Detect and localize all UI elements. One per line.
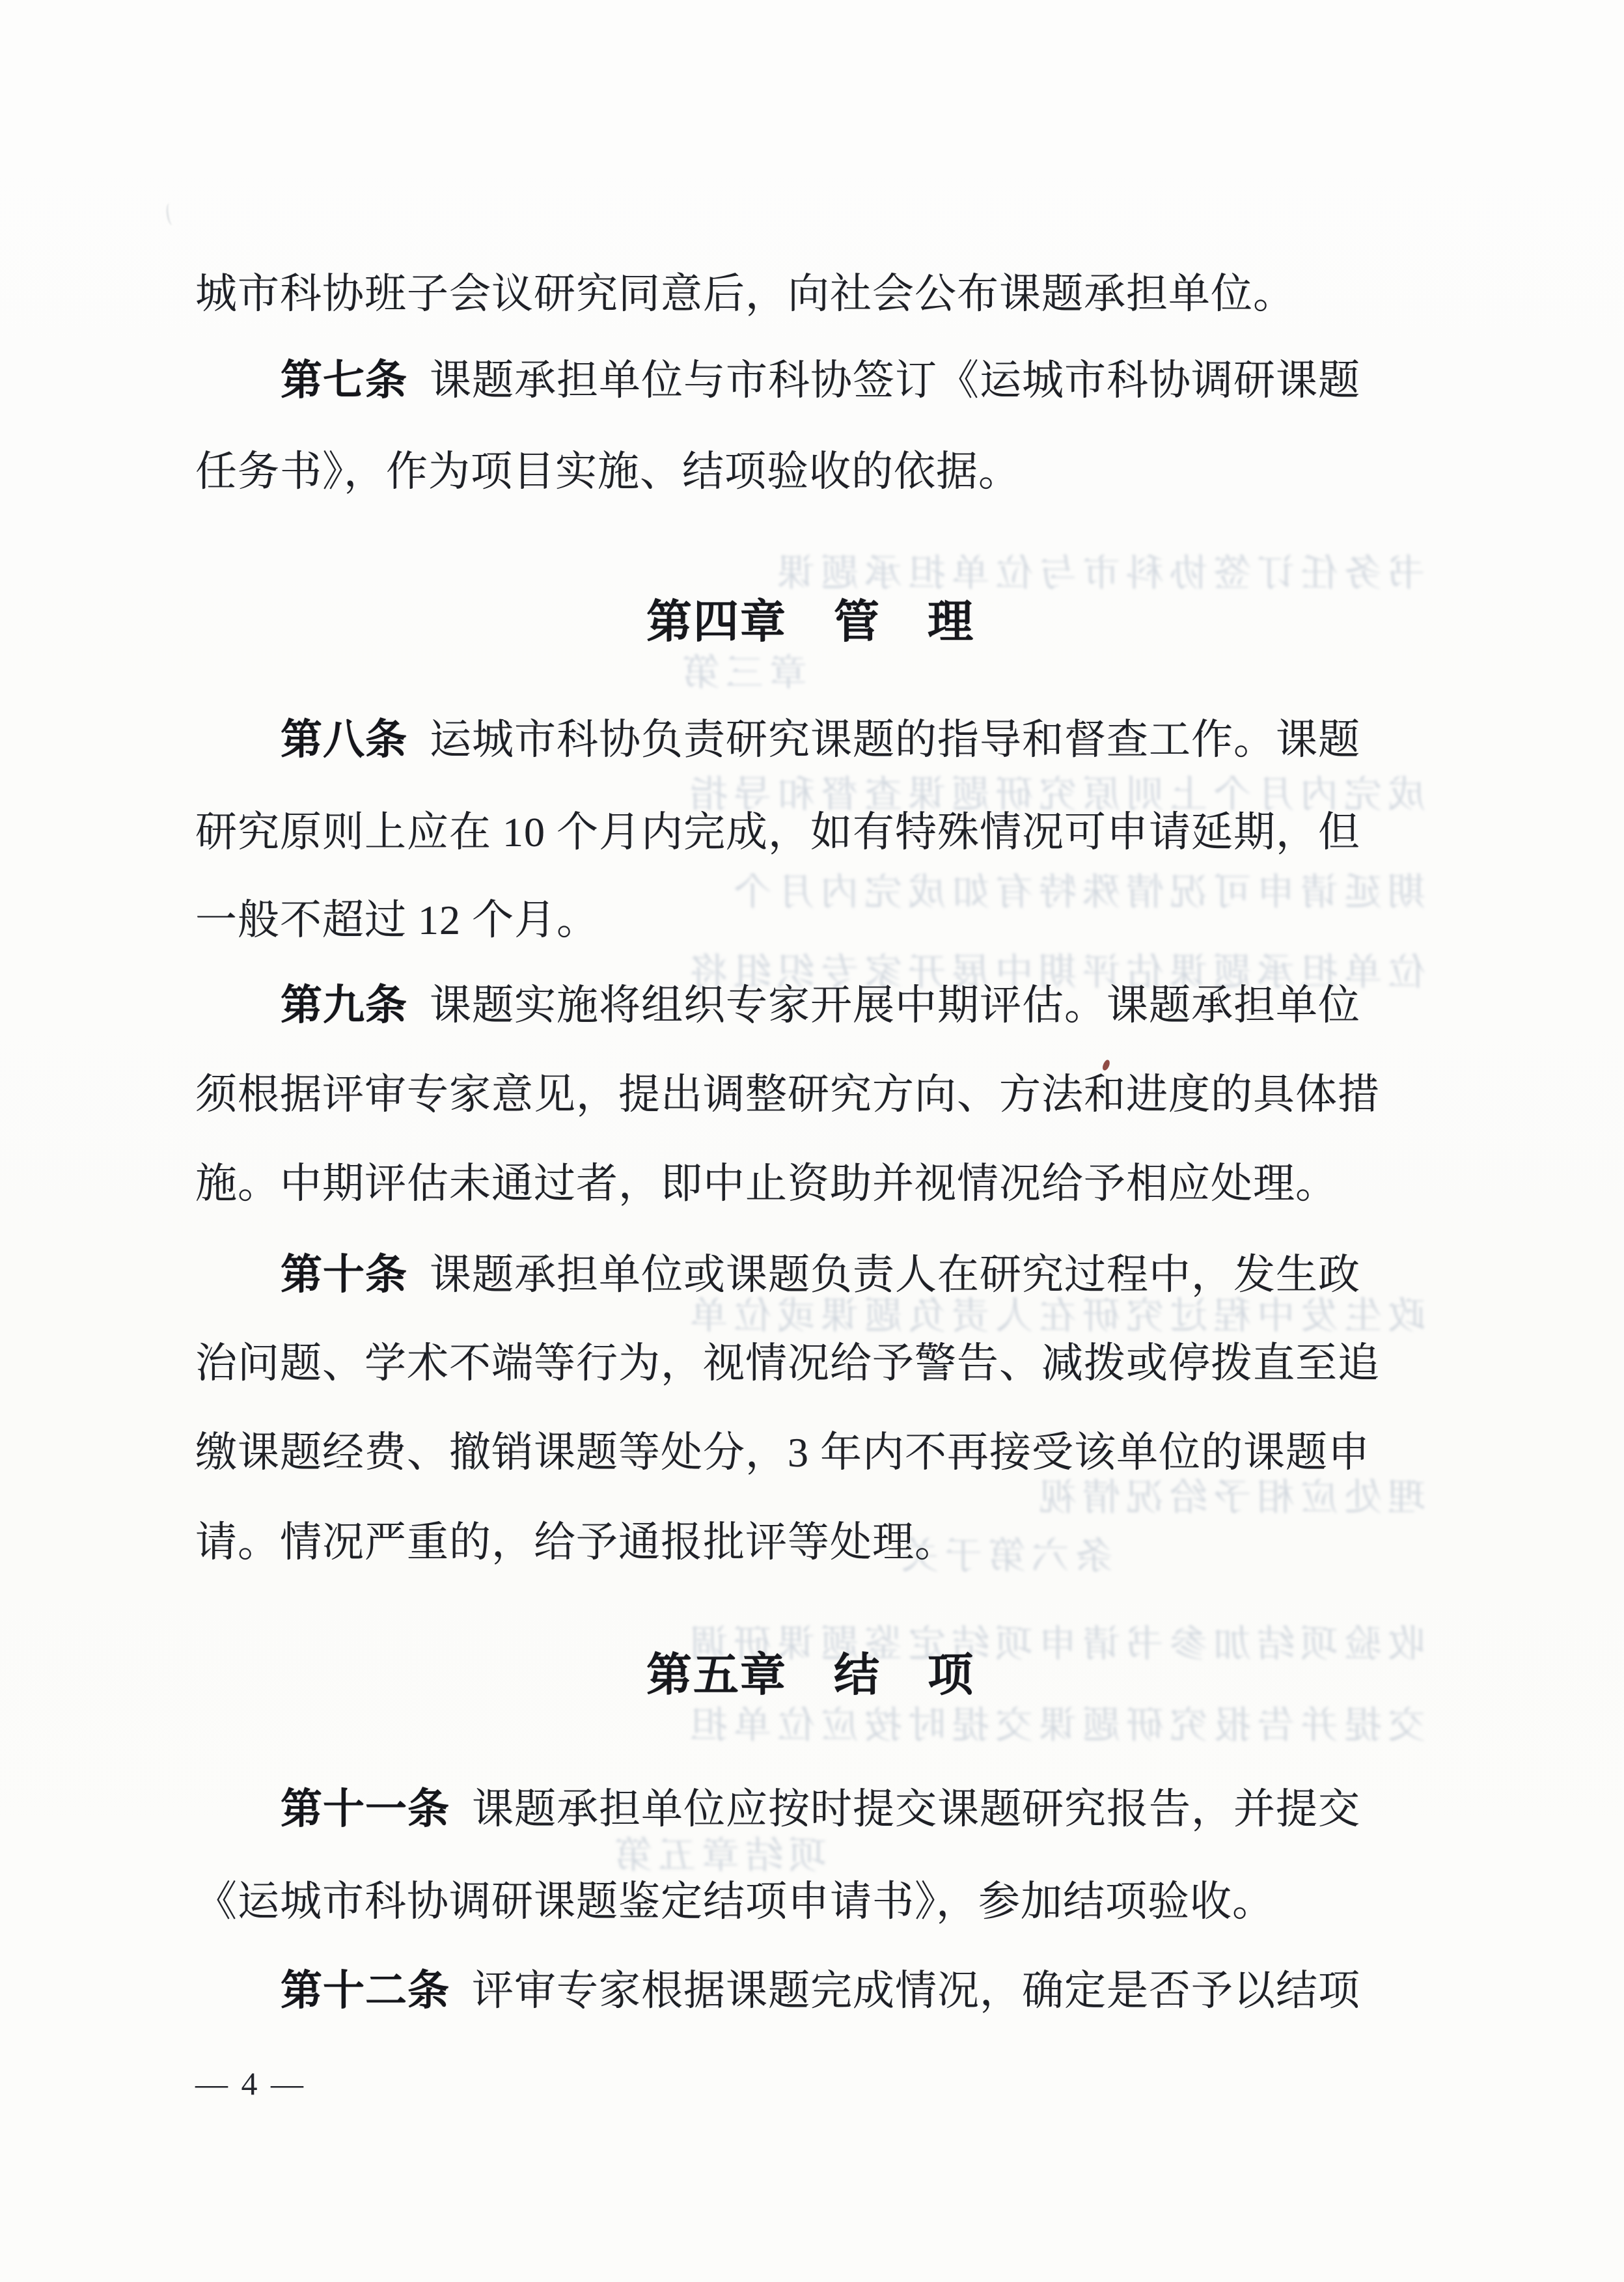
line-text: 课题承担单位或课题负责人在研究过程中，发生政 <box>430 1252 1360 1298</box>
text-line: 第十一条课题承担单位应按时提交课题研究报告，并提交 <box>195 1787 1471 1832</box>
line-text: 一般不超过 12 个月。 <box>195 897 599 943</box>
text-line: 治问题、学术不端等行为，视情况给予警告、减拨或停拨直至追 <box>195 1341 1471 1386</box>
article-number-label: 第八条 <box>281 717 407 763</box>
text-line: 第七条课题承担单位与市科协签订《运城市科协调研课题 <box>195 359 1471 403</box>
article-number-label: 第十一条 <box>281 1786 450 1832</box>
document-page: 书务任订签协科市与位单担承题课章三第成完内月个上则原究研题课查督和导指期延请申可… <box>0 0 1624 2282</box>
text-line: 第九条课题实施将组织专家开展中期评估。课题承担单位 <box>195 983 1471 1028</box>
article-number-label: 第十条 <box>281 1252 407 1298</box>
article-number-label: 第七条 <box>281 357 407 404</box>
line-text: 施。中期评估未通过者，即中止资助并视情况给予相应处理。 <box>195 1161 1338 1207</box>
article-number-label: 第九条 <box>281 982 407 1028</box>
line-text: 缴课题经费、撤销课题等处分，3 年内不再接受该单位的课题申 <box>195 1429 1370 1476</box>
text-line: 请。情况严重的，给予通报批评等处理。 <box>195 1520 1471 1565</box>
text-line: 缴课题经费、撤销课题等处分，3 年内不再接受该单位的课题申 <box>195 1431 1471 1475</box>
text-line: 第八条运城市科协负责研究课题的指导和督查工作。课题 <box>195 718 1471 762</box>
line-text: 治问题、学术不端等行为，视情况给予警告、减拨或停拨直至追 <box>195 1340 1380 1386</box>
text-line: 第十条课题承担单位或课题负责人在研究过程中，发生政 <box>195 1253 1471 1297</box>
chapter-heading: 第四章 管 理 <box>195 599 1425 647</box>
line-text: 评审专家根据课题完成情况，确定是否予以结项 <box>472 1968 1360 2014</box>
text-line: 一般不超过 12 个月。 <box>195 898 1471 942</box>
line-text: 课题实施将组织专家开展中期评估。课题承担单位 <box>430 982 1360 1028</box>
line-text: 课题承担单位应按时提交课题研究报告，并提交 <box>472 1786 1360 1832</box>
line-text: 课题承担单位与市科协签订《运城市科协调研课题 <box>430 357 1360 404</box>
line-text: 城市科协班子会议研究同意后，向社会公布课题承担单位。 <box>195 271 1295 317</box>
line-text: 研究原则上应在 10 个月内完成，如有特殊情况可申请延期，但 <box>195 809 1360 855</box>
line-text: 请。情况严重的，给予通报批评等处理。 <box>195 1519 957 1565</box>
article-number-label: 第十二条 <box>281 1968 450 2014</box>
text-line: 须根据评审专家意见，提出调整研究方向、方法和进度的具体措 <box>195 1073 1471 1117</box>
line-text: 任务书》，作为项目实施、结项验收的依据。 <box>195 448 1021 495</box>
text-line: 施。中期评估未通过者，即中止资助并视情况给予相应处理。 <box>195 1162 1471 1206</box>
line-text: 须根据评审专家意见，提出调整研究方向、方法和进度的具体措 <box>195 1071 1380 1118</box>
line-text: 《运城市科协调研课题鉴定结项申请书》，参加结项验收。 <box>195 1878 1274 1925</box>
page-number: — 4 — <box>195 2065 306 2102</box>
chapter-heading: 第五章 结 项 <box>195 1652 1425 1700</box>
text-line: 城市科协班子会议研究同意后，向社会公布课题承担单位。 <box>195 272 1471 316</box>
line-text: 运城市科协负责研究课题的指导和督查工作。课题 <box>430 717 1360 763</box>
text-line: 第十二条评审专家根据课题完成情况，确定是否予以结项 <box>195 1969 1471 2013</box>
document-body: 城市科协班子会议研究同意后，向社会公布课题承担单位。第七条课题承担单位与市科协签… <box>0 0 1624 2282</box>
text-line: 研究原则上应在 10 个月内完成，如有特殊情况可申请延期，但 <box>195 810 1471 855</box>
text-line: 《运城市科协调研课题鉴定结项申请书》，参加结项验收。 <box>195 1880 1471 1924</box>
text-line: 任务书》，作为项目实施、结项验收的依据。 <box>195 450 1471 494</box>
